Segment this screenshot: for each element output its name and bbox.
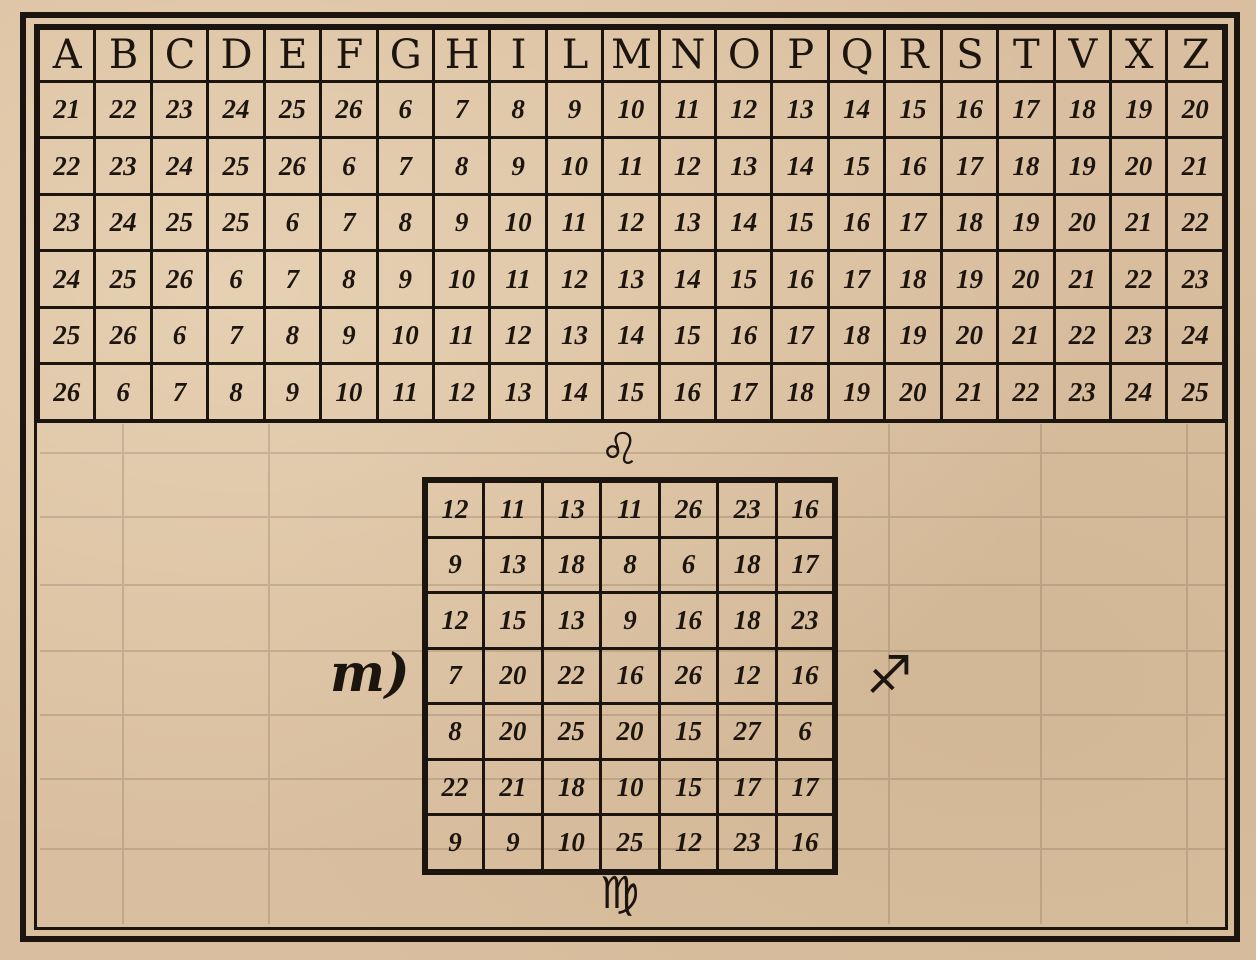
number-cell: 18 bbox=[1054, 82, 1110, 138]
number-cell: 21 bbox=[1054, 251, 1110, 307]
letter-header: R bbox=[885, 29, 941, 82]
number-cell: 13 bbox=[659, 194, 715, 250]
square-body: 1211131126231691318861817121513916182372… bbox=[425, 480, 835, 872]
number-cell: 13 bbox=[603, 251, 659, 307]
header-row: A B C D E F G H I L M N O P Q R S T V X bbox=[39, 29, 1224, 82]
number-cell: 18 bbox=[542, 537, 601, 593]
number-cell: 11 bbox=[603, 138, 659, 194]
number-cell: 23 bbox=[776, 593, 835, 649]
number-cell: 15 bbox=[659, 759, 718, 815]
number-cell: 26 bbox=[659, 480, 718, 537]
letter-header: D bbox=[208, 29, 264, 82]
number-cell: 9 bbox=[377, 251, 433, 307]
number-cell: 6 bbox=[264, 194, 320, 250]
number-cell: 26 bbox=[321, 82, 377, 138]
letter-header: N bbox=[659, 29, 715, 82]
number-cell: 6 bbox=[776, 704, 835, 760]
number-cell: 14 bbox=[603, 307, 659, 363]
number-cell: 18 bbox=[718, 593, 777, 649]
number-cell: 20 bbox=[998, 251, 1054, 307]
number-cell: 8 bbox=[490, 82, 546, 138]
number-cell: 7 bbox=[151, 364, 207, 421]
number-cell: 24 bbox=[39, 251, 95, 307]
number-cell: 7 bbox=[433, 82, 489, 138]
number-cell: 26 bbox=[95, 307, 151, 363]
number-cell: 16 bbox=[772, 251, 828, 307]
number-cell: 12 bbox=[425, 480, 484, 537]
number-cell: 11 bbox=[601, 480, 660, 537]
number-cell: 16 bbox=[659, 593, 718, 649]
number-cell: 7 bbox=[264, 251, 320, 307]
letter-header: F bbox=[321, 29, 377, 82]
table-row: 21222324252667891011121314151617181920 bbox=[39, 82, 1224, 138]
upper-table-body: 2122232425266789101112131415161718192022… bbox=[39, 82, 1224, 422]
number-cell: 12 bbox=[718, 648, 777, 704]
zodiac-left-sign-icon: m) bbox=[330, 648, 410, 700]
number-cell: 7 bbox=[425, 648, 484, 704]
number-cell: 17 bbox=[776, 537, 835, 593]
number-cell: 13 bbox=[772, 82, 828, 138]
number-cell: 24 bbox=[151, 138, 207, 194]
letter-number-table: A B C D E F G H I L M N O P Q R S T V X bbox=[37, 27, 1225, 423]
number-cell: 22 bbox=[1167, 194, 1224, 250]
number-cell: 16 bbox=[885, 138, 941, 194]
number-cell: 23 bbox=[151, 82, 207, 138]
number-cell: 23 bbox=[1167, 251, 1224, 307]
number-cell: 15 bbox=[716, 251, 772, 307]
number-cell: 22 bbox=[39, 138, 95, 194]
table-row: 24252667891011121314151617181920212223 bbox=[39, 251, 1224, 307]
square-row: 1215139161823 bbox=[425, 593, 835, 649]
number-cell: 9 bbox=[425, 815, 484, 872]
number-cell: 14 bbox=[659, 251, 715, 307]
number-cell: 12 bbox=[659, 138, 715, 194]
number-cell: 6 bbox=[377, 82, 433, 138]
number-cell: 18 bbox=[772, 364, 828, 421]
number-cell: 25 bbox=[208, 138, 264, 194]
letter-header: Q bbox=[828, 29, 884, 82]
virgo-sign-icon: ♍ bbox=[600, 872, 639, 916]
square-row: 22211810151717 bbox=[425, 759, 835, 815]
number-cell: 8 bbox=[425, 704, 484, 760]
number-cell: 25 bbox=[542, 704, 601, 760]
number-cell: 20 bbox=[885, 364, 941, 421]
number-cell: 11 bbox=[546, 194, 602, 250]
number-cell: 17 bbox=[828, 251, 884, 307]
number-cell: 9 bbox=[425, 537, 484, 593]
number-cell: 16 bbox=[716, 307, 772, 363]
number-cell: 19 bbox=[998, 194, 1054, 250]
number-cell: 14 bbox=[546, 364, 602, 421]
number-cell: 22 bbox=[542, 648, 601, 704]
number-cell: 16 bbox=[941, 82, 997, 138]
number-cell: 21 bbox=[39, 82, 95, 138]
number-cell: 8 bbox=[264, 307, 320, 363]
number-cell: 19 bbox=[1054, 138, 1110, 194]
number-cell: 19 bbox=[1111, 82, 1167, 138]
number-cell: 6 bbox=[321, 138, 377, 194]
number-cell: 7 bbox=[321, 194, 377, 250]
table-row: 25266789101112131415161718192021222324 bbox=[39, 307, 1224, 363]
number-cell: 23 bbox=[718, 815, 777, 872]
number-cell: 22 bbox=[1111, 251, 1167, 307]
number-cell: 25 bbox=[264, 82, 320, 138]
number-cell: 23 bbox=[1054, 364, 1110, 421]
number-cell: 10 bbox=[546, 138, 602, 194]
magic-square: 1211131126231691318861817121513916182372… bbox=[422, 477, 838, 875]
number-cell: 14 bbox=[772, 138, 828, 194]
number-cell: 26 bbox=[39, 364, 95, 421]
letter-header: Z bbox=[1167, 29, 1224, 82]
number-cell: 24 bbox=[1167, 307, 1224, 363]
number-cell: 9 bbox=[264, 364, 320, 421]
number-cell: 16 bbox=[776, 648, 835, 704]
number-cell: 17 bbox=[776, 759, 835, 815]
square-row: 820252015276 bbox=[425, 704, 835, 760]
number-cell: 13 bbox=[546, 307, 602, 363]
number-cell: 22 bbox=[95, 82, 151, 138]
number-cell: 27 bbox=[718, 704, 777, 760]
number-cell: 22 bbox=[1054, 307, 1110, 363]
number-cell: 25 bbox=[39, 307, 95, 363]
number-cell: 18 bbox=[885, 251, 941, 307]
number-cell: 16 bbox=[828, 194, 884, 250]
letter-header: X bbox=[1111, 29, 1167, 82]
number-cell: 12 bbox=[433, 364, 489, 421]
number-cell: 20 bbox=[601, 704, 660, 760]
number-cell: 22 bbox=[998, 364, 1054, 421]
number-cell: 9 bbox=[601, 593, 660, 649]
number-cell: 12 bbox=[659, 815, 718, 872]
number-cell: 24 bbox=[208, 82, 264, 138]
number-cell: 12 bbox=[716, 82, 772, 138]
letter-header: E bbox=[264, 29, 320, 82]
book-page: A B C D E F G H I L M N O P Q R S T V X bbox=[0, 0, 1256, 960]
number-cell: 12 bbox=[603, 194, 659, 250]
number-cell: 17 bbox=[998, 82, 1054, 138]
number-cell: 13 bbox=[542, 593, 601, 649]
number-cell: 6 bbox=[208, 251, 264, 307]
number-cell: 21 bbox=[941, 364, 997, 421]
square-row: 91318861817 bbox=[425, 537, 835, 593]
number-cell: 8 bbox=[377, 194, 433, 250]
number-cell: 17 bbox=[885, 194, 941, 250]
letter-header: C bbox=[151, 29, 207, 82]
letter-header: O bbox=[716, 29, 772, 82]
number-cell: 11 bbox=[490, 251, 546, 307]
number-cell: 17 bbox=[772, 307, 828, 363]
number-cell: 18 bbox=[542, 759, 601, 815]
letter-header: H bbox=[433, 29, 489, 82]
number-cell: 25 bbox=[208, 194, 264, 250]
number-cell: 15 bbox=[772, 194, 828, 250]
number-cell: 6 bbox=[151, 307, 207, 363]
number-cell: 21 bbox=[998, 307, 1054, 363]
number-cell: 10 bbox=[542, 815, 601, 872]
number-cell: 21 bbox=[1167, 138, 1224, 194]
number-cell: 20 bbox=[941, 307, 997, 363]
square-row: 12111311262316 bbox=[425, 480, 835, 537]
number-cell: 6 bbox=[659, 537, 718, 593]
number-cell: 25 bbox=[95, 251, 151, 307]
square-row: 991025122316 bbox=[425, 815, 835, 872]
number-cell: 20 bbox=[1054, 194, 1110, 250]
number-cell: 23 bbox=[1111, 307, 1167, 363]
letter-header: B bbox=[95, 29, 151, 82]
number-cell: 26 bbox=[264, 138, 320, 194]
number-cell: 15 bbox=[659, 307, 715, 363]
number-cell: 18 bbox=[718, 537, 777, 593]
table-row: 22232425266789101112131415161718192021 bbox=[39, 138, 1224, 194]
number-cell: 11 bbox=[433, 307, 489, 363]
number-cell: 18 bbox=[941, 194, 997, 250]
number-cell: 13 bbox=[484, 537, 543, 593]
number-cell: 9 bbox=[321, 307, 377, 363]
number-cell: 16 bbox=[659, 364, 715, 421]
number-cell: 15 bbox=[603, 364, 659, 421]
number-cell: 12 bbox=[546, 251, 602, 307]
number-cell: 8 bbox=[601, 537, 660, 593]
letter-header: G bbox=[377, 29, 433, 82]
number-cell: 20 bbox=[1111, 138, 1167, 194]
table-row: 23242525678910111213141516171819202122 bbox=[39, 194, 1224, 250]
number-cell: 15 bbox=[828, 138, 884, 194]
number-cell: 17 bbox=[941, 138, 997, 194]
number-cell: 10 bbox=[377, 307, 433, 363]
number-cell: 19 bbox=[941, 251, 997, 307]
number-cell: 24 bbox=[95, 194, 151, 250]
number-cell: 11 bbox=[377, 364, 433, 421]
number-cell: 9 bbox=[484, 815, 543, 872]
letter-header: P bbox=[772, 29, 828, 82]
number-cell: 20 bbox=[484, 704, 543, 760]
number-cell: 14 bbox=[716, 194, 772, 250]
table-row: 26678910111213141516171819202122232425 bbox=[39, 364, 1224, 421]
number-cell: 11 bbox=[659, 82, 715, 138]
number-cell: 18 bbox=[828, 307, 884, 363]
number-cell: 12 bbox=[425, 593, 484, 649]
number-cell: 9 bbox=[433, 194, 489, 250]
letter-header: L bbox=[546, 29, 602, 82]
letter-header: V bbox=[1054, 29, 1110, 82]
letter-header: M bbox=[603, 29, 659, 82]
number-cell: 13 bbox=[542, 480, 601, 537]
number-cell: 11 bbox=[484, 480, 543, 537]
number-cell: 6 bbox=[95, 364, 151, 421]
letter-header: I bbox=[490, 29, 546, 82]
number-cell: 10 bbox=[321, 364, 377, 421]
number-cell: 8 bbox=[433, 138, 489, 194]
number-cell: 26 bbox=[659, 648, 718, 704]
sagittarius-sign-icon: ♐ bbox=[866, 650, 913, 702]
number-cell: 15 bbox=[484, 593, 543, 649]
number-cell: 7 bbox=[208, 307, 264, 363]
number-cell: 26 bbox=[151, 251, 207, 307]
number-cell: 25 bbox=[151, 194, 207, 250]
number-cell: 25 bbox=[1167, 364, 1224, 421]
number-cell: 8 bbox=[208, 364, 264, 421]
number-cell: 19 bbox=[885, 307, 941, 363]
number-cell: 8 bbox=[321, 251, 377, 307]
number-cell: 15 bbox=[659, 704, 718, 760]
number-cell: 20 bbox=[1167, 82, 1224, 138]
number-cell: 23 bbox=[718, 480, 777, 537]
leo-sign-icon: ♌ bbox=[600, 428, 639, 472]
number-cell: 19 bbox=[828, 364, 884, 421]
letter-header: T bbox=[998, 29, 1054, 82]
number-cell: 13 bbox=[490, 364, 546, 421]
number-cell: 7 bbox=[377, 138, 433, 194]
number-cell: 17 bbox=[718, 759, 777, 815]
number-cell: 10 bbox=[490, 194, 546, 250]
number-cell: 10 bbox=[601, 759, 660, 815]
number-cell: 16 bbox=[776, 480, 835, 537]
number-cell: 16 bbox=[776, 815, 835, 872]
letter-header: A bbox=[39, 29, 95, 82]
number-cell: 14 bbox=[828, 82, 884, 138]
number-cell: 12 bbox=[490, 307, 546, 363]
number-cell: 9 bbox=[546, 82, 602, 138]
letter-header: S bbox=[941, 29, 997, 82]
number-cell: 15 bbox=[885, 82, 941, 138]
number-cell: 18 bbox=[998, 138, 1054, 194]
number-cell: 23 bbox=[95, 138, 151, 194]
number-cell: 22 bbox=[425, 759, 484, 815]
number-cell: 10 bbox=[433, 251, 489, 307]
square-row: 7202216261216 bbox=[425, 648, 835, 704]
number-cell: 13 bbox=[716, 138, 772, 194]
number-cell: 21 bbox=[484, 759, 543, 815]
number-cell: 17 bbox=[716, 364, 772, 421]
number-cell: 24 bbox=[1111, 364, 1167, 421]
number-cell: 23 bbox=[39, 194, 95, 250]
number-cell: 21 bbox=[1111, 194, 1167, 250]
number-cell: 16 bbox=[601, 648, 660, 704]
number-cell: 10 bbox=[603, 82, 659, 138]
number-cell: 25 bbox=[601, 815, 660, 872]
number-cell: 9 bbox=[490, 138, 546, 194]
number-cell: 20 bbox=[484, 648, 543, 704]
